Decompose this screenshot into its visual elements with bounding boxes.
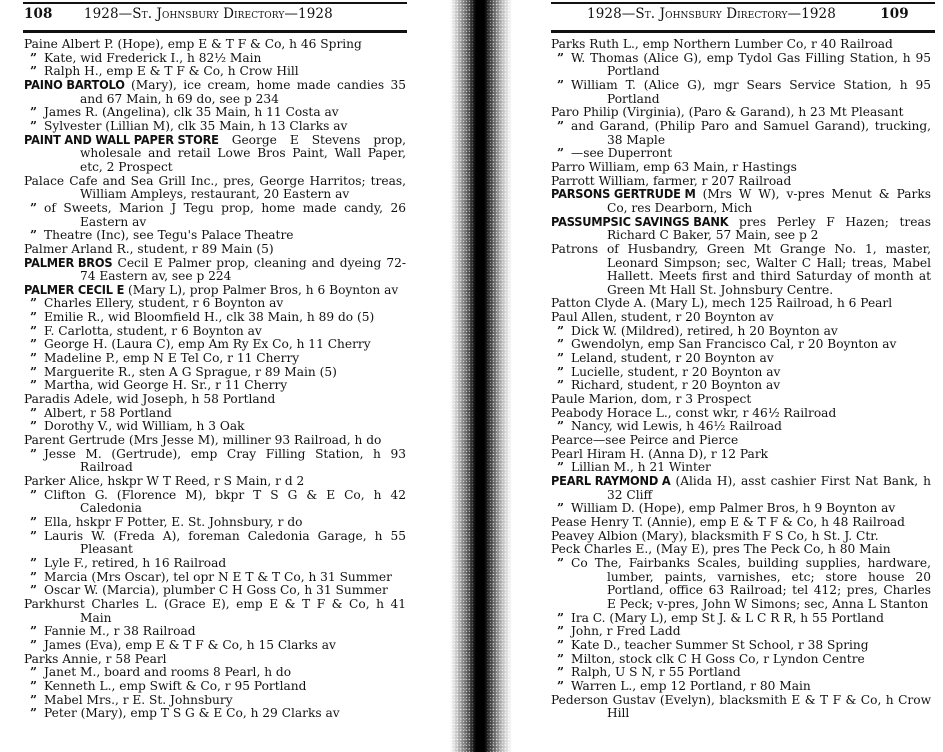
directory-entry: Paine Albert P. (Hope), emp E & T F & Co…: [24, 38, 406, 52]
entry-heading-bold: PAINT AND WALL PAPER STORE: [24, 133, 219, 147]
ditto-mark: ”: [30, 297, 44, 311]
ditto-mark: ”: [30, 571, 44, 585]
directory-entry: PARSONS GERTRUDE M (Mrs W W), v-pres Men…: [551, 188, 931, 215]
directory-entry-ditto: ”Gwendolyn, emp San Francisco Cal, r 20 …: [551, 338, 931, 352]
directory-entry-ditto: ”Mabel Mrs., r E. St. Johnsbury: [24, 694, 406, 708]
directory-entry: Palace Cafe and Sea Grill Inc., pres, Ge…: [24, 175, 406, 202]
entry-text: Lauris W. (Freda A), foreman Caledonia G…: [44, 529, 406, 557]
directory-entry-ditto: ”F. Carlotta, student, r 6 Boynton av: [24, 325, 406, 339]
directory-entry-ditto: ”Jesse M. (Gertrude), emp Cray Filling S…: [24, 448, 406, 475]
directory-entry: PEARL RAYMOND A (Alida H), asst cashier …: [551, 475, 931, 502]
directory-entry-ditto: ”Theatre (Inc), see Tegu's Palace Theatr…: [24, 229, 406, 243]
directory-entries: Parks Ruth L., emp Northern Lumber Co, r…: [551, 38, 931, 721]
ditto-mark: ”: [30, 229, 44, 243]
entry-text: Parent Gertrude (Mrs Jesse M), milliner …: [24, 433, 381, 447]
running-head: 1928—St. Johnsbury Directory—1928: [587, 6, 836, 22]
directory-entry-ditto: ”Kate D., teacher Summer St School, r 38…: [551, 639, 931, 653]
entry-text: James (Eva), emp E & T F & Co, h 15 Clar…: [44, 638, 336, 652]
entry-text: Parro William, emp 63 Main, r Hastings: [551, 160, 797, 174]
ditto-mark: ”: [30, 625, 44, 639]
ditto-mark: ”: [30, 530, 44, 544]
ditto-mark: ”: [30, 420, 44, 434]
directory-entry-ditto: ”Peter (Mary), emp T S G & E Co, h 29 Cl…: [24, 707, 406, 721]
entry-text: Peabody Horace L., const wkr, r 46½ Rail…: [551, 406, 836, 420]
directory-entry-ditto: ”Dick W. (Mildred), retired, h 20 Boynto…: [551, 325, 931, 339]
book-gutter: [450, 0, 512, 752]
directory-entry-ditto: ”Emilie R., wid Bloomfield H., clk 38 Ma…: [24, 311, 406, 325]
entry-text: Madeline P., emp N E Tel Co, r 11 Cherry: [44, 351, 299, 365]
directory-entry-ditto: ”W. Thomas (Alice G), emp Tydol Gas Fill…: [551, 52, 931, 79]
ditto-mark: ”: [557, 502, 571, 516]
entry-text: Milton, stock clk C H Goss Co, r Lyndon …: [571, 652, 865, 666]
ditto-mark: ”: [30, 489, 44, 503]
ditto-mark: ”: [557, 147, 571, 161]
ditto-mark: ”: [557, 379, 571, 393]
entry-text: Kate D., teacher Summer St School, r 38 …: [571, 638, 869, 652]
entry-text: Paine Albert P. (Hope), emp E & T F & Co…: [24, 37, 362, 51]
entry-text: (Mary), ice cream, home made candies 35 …: [80, 78, 406, 106]
ditto-mark: ”: [30, 379, 44, 393]
directory-entry-ditto: ”Clifton G. (Florence M), bkpr T S G & E…: [24, 489, 406, 516]
entry-text: —see Duperront: [571, 146, 672, 160]
directory-entry: Palmer Arland R., student, r 89 Main (5): [24, 243, 406, 257]
directory-entry: PAINT AND WALL PAPER STORE George E Stev…: [24, 134, 406, 175]
entry-text: Marguerite R., sten A G Sprague, r 89 Ma…: [44, 365, 337, 379]
directory-entry-ditto: ”Marguerite R., sten A G Sprague, r 89 M…: [24, 366, 406, 380]
directory-entry: PASSUMPSIC SAVINGS BANK pres Perley F Ha…: [551, 216, 931, 243]
entry-text: F. Carlotta, student, r 6 Boynton av: [44, 324, 262, 338]
directory-entry-ditto: ”George H. (Laura C), emp Am Ry Ex Co, h…: [24, 338, 406, 352]
entry-text: Patrons of Husbandry, Green Mt Grange No…: [551, 242, 931, 297]
entry-text: Pease Henry T. (Annie), emp E & T F & Co…: [551, 515, 905, 529]
ditto-mark: ”: [557, 653, 571, 667]
entry-text: John, r Fred Ladd: [571, 624, 681, 638]
entry-text: Leland, student, r 20 Boynton av: [571, 351, 774, 365]
directory-entry: Peavey Albion (Mary), blacksmith F S Co,…: [551, 530, 931, 544]
entry-text: Lillian M., h 21 Winter: [571, 460, 711, 474]
directory-entry-ditto: ”Lyle F., retired, h 16 Railroad: [24, 557, 406, 571]
ditto-mark: ”: [30, 106, 44, 120]
entry-text: Oscar W. (Marcia), plumber C H Goss Co, …: [44, 583, 388, 597]
ditto-mark: ”: [30, 707, 44, 721]
directory-entry: Parker Alice, hskpr W T Reed, r S Main, …: [24, 475, 406, 489]
entry-text: Parks Ruth L., emp Northern Lumber Co, r…: [551, 37, 893, 51]
ditto-mark: ”: [30, 52, 44, 66]
entry-text: Janet M., board and rooms 8 Pearl, h do: [44, 665, 291, 679]
entry-text: Pearce—see Peirce and Pierce: [551, 433, 738, 447]
left-page: 108 1928—St. Johnsbury Directory—1928 Pa…: [0, 0, 455, 752]
directory-entry-ditto: ”William T. (Alice G), mgr Sears Service…: [551, 79, 931, 106]
directory-entry-ditto: ”Charles Ellery, student, r 6 Boynton av: [24, 297, 406, 311]
ditto-mark: ”: [557, 612, 571, 626]
ditto-mark: ”: [30, 694, 44, 708]
entry-text: Albert, r 58 Portland: [44, 406, 172, 420]
entry-text: Theatre (Inc), see Tegu's Palace Theatre: [44, 228, 293, 242]
ditto-mark: ”: [557, 338, 571, 352]
entry-text: Parkhurst Charles L. (Grace E), emp E & …: [24, 597, 406, 625]
directory-entry-ditto: ”Kenneth L., emp Swift & Co, r 95 Portla…: [24, 680, 406, 694]
entry-text: Richard, student, r 20 Boynton av: [571, 378, 780, 392]
ditto-mark: ”: [557, 120, 571, 134]
header-top-rule: [23, 2, 407, 4]
ditto-mark: ”: [30, 352, 44, 366]
entry-text: William T. (Alice G), mgr Sears Service …: [571, 78, 931, 106]
entry-text: Palace Cafe and Sea Grill Inc., pres, Ge…: [24, 174, 406, 202]
entry-text: Parker Alice, hskpr W T Reed, r S Main, …: [24, 474, 304, 488]
ditto-mark: ”: [30, 448, 44, 462]
entry-heading-bold: PARSONS GERTRUDE M: [551, 188, 696, 202]
entry-text: Co The, Fairbanks Scales, building suppl…: [571, 556, 931, 611]
directory-entry-ditto: ”Richard, student, r 20 Boynton av: [551, 379, 931, 393]
directory-entry-ditto: ”James (Eva), emp E & T F & Co, h 15 Cla…: [24, 639, 406, 653]
directory-entry-ditto: ”of Sweets, Marion J Tegu prop, home mad…: [24, 202, 406, 229]
directory-entry-ditto: ”Lucielle, student, r 20 Boynton av: [551, 366, 931, 380]
directory-entry-ditto: ”Martha, wid George H. Sr., r 11 Cherry: [24, 379, 406, 393]
ditto-mark: ”: [30, 120, 44, 134]
directory-entry: Parent Gertrude (Mrs Jesse M), milliner …: [24, 434, 406, 448]
entry-text: James R. (Angelina), clk 35 Main, h 11 C…: [44, 105, 339, 119]
entry-text: Patton Clyde A. (Mary L), mech 125 Railr…: [551, 296, 892, 310]
entry-text: Jesse M. (Gertrude), emp Cray Filling St…: [44, 447, 406, 475]
ditto-mark: ”: [30, 202, 44, 216]
entry-text: Ralph H., emp E & T F & Co, h Crow Hill: [44, 64, 299, 78]
entry-text: Sylvester (Lillian M), clk 35 Main, h 13…: [44, 119, 347, 133]
entry-text: W. Thomas (Alice G), emp Tydol Gas Filli…: [571, 51, 931, 79]
directory-entry-ditto: ”Oscar W. (Marcia), plumber C H Goss Co,…: [24, 584, 406, 598]
directory-entry: Peabody Horace L., const wkr, r 46½ Rail…: [551, 407, 931, 421]
directory-entry-ditto: ”Sylvester (Lillian M), clk 35 Main, h 1…: [24, 120, 406, 134]
entry-text: Palmer Arland R., student, r 89 Main (5): [24, 242, 274, 256]
entry-text: Ira C. (Mary L), emp St J. & L C R R, h …: [571, 611, 884, 625]
directory-entry-ditto: ”William D. (Hope), emp Palmer Bros, h 9…: [551, 502, 931, 516]
ditto-mark: ”: [557, 625, 571, 639]
directory-entry-ditto: ”Ella, hskpr F Potter, E. St. Johnsbury,…: [24, 516, 406, 530]
directory-entry-ditto: ”Kate, wid Frederick I., h 82½ Main: [24, 52, 406, 66]
entry-text: Pearl Hiram H. (Anna D), r 12 Park: [551, 447, 768, 461]
ditto-mark: ”: [557, 420, 571, 434]
entry-heading-bold: PASSUMPSIC SAVINGS BANK: [551, 215, 728, 229]
ditto-mark: ”: [30, 407, 44, 421]
entry-text: Peter (Mary), emp T S G & E Co, h 29 Cla…: [44, 706, 340, 720]
entry-text: and Garand, (Philip Paro and Samuel Gara…: [571, 119, 931, 147]
entry-text: Nancy, wid Lewis, h 46½ Railroad: [571, 419, 782, 433]
running-head: 1928—St. Johnsbury Directory—1928: [84, 6, 333, 22]
entry-text: (Mary L), prop Palmer Bros, h 6 Boynton …: [124, 283, 398, 297]
ditto-mark: ”: [557, 52, 571, 66]
entry-text: William D. (Hope), emp Palmer Bros, h 9 …: [571, 501, 895, 515]
directory-entry-ditto: ”Madeline P., emp N E Tel Co, r 11 Cherr…: [24, 352, 406, 366]
directory-entry-ditto: ”Ira C. (Mary L), emp St J. & L C R R, h…: [551, 612, 931, 626]
entry-text: of Sweets, Marion J Tegu prop, home made…: [44, 201, 406, 229]
ditto-mark: ”: [30, 666, 44, 680]
directory-entry-ditto: ”Albert, r 58 Portland: [24, 407, 406, 421]
ditto-mark: ”: [30, 325, 44, 339]
directory-entry-ditto: ”—see Duperront: [551, 147, 931, 161]
ditto-mark: ”: [30, 584, 44, 598]
ditto-mark: ”: [557, 557, 571, 571]
entry-text: Dick W. (Mildred), retired, h 20 Boynton…: [571, 324, 838, 338]
entry-text: Pederson Gustav (Evelyn), blacksmith E &…: [551, 693, 931, 721]
page-number: 108: [24, 6, 52, 22]
entry-text: Ralph, U S N, r 55 Portland: [571, 665, 741, 679]
directory-entry: Peck Charles E., (May E), pres The Peck …: [551, 543, 931, 557]
entry-text: Lyle F., retired, h 16 Railroad: [44, 556, 226, 570]
ditto-mark: ”: [30, 639, 44, 653]
directory-entry: Pearl Hiram H. (Anna D), r 12 Park: [551, 448, 931, 462]
entry-text: Kate, wid Frederick I., h 82½ Main: [44, 51, 261, 65]
entry-text: Kenneth L., emp Swift & Co, r 95 Portlan…: [44, 679, 306, 693]
entry-heading-bold: PEARL RAYMOND A: [551, 475, 670, 489]
header-top-rule: [551, 2, 935, 4]
directory-entry: PALMER BROS Cecil E Palmer prop, cleanin…: [24, 257, 406, 284]
directory-entry-ditto: ”Fannie M., r 38 Railroad: [24, 625, 406, 639]
entry-text: Parks Annie, r 58 Pearl: [24, 652, 167, 666]
right-page: 1928—St. Johnsbury Directory—1928 109 Pa…: [505, 0, 943, 752]
directory-entry-ditto: ”Dorothy V., wid William, h 3 Oak: [24, 420, 406, 434]
directory-entry-ditto: ”Milton, stock clk C H Goss Co, r Lyndon…: [551, 653, 931, 667]
directory-entry-ditto: ”Co The, Fairbanks Scales, building supp…: [551, 557, 931, 612]
entry-text: Lucielle, student, r 20 Boynton av: [571, 365, 780, 379]
entry-text: Mabel Mrs., r E. St. Johnsbury: [44, 693, 233, 707]
entry-text: Charles Ellery, student, r 6 Boynton av: [44, 296, 283, 310]
directory-entry-ditto: ”James R. (Angelina), clk 35 Main, h 11 …: [24, 106, 406, 120]
entry-text: George H. (Laura C), emp Am Ry Ex Co, h …: [44, 337, 371, 351]
entry-heading-bold: PAINO BARTOLO: [24, 79, 125, 93]
entry-text: Martha, wid George H. Sr., r 11 Cherry: [44, 378, 287, 392]
directory-entry: PALMER CECIL E (Mary L), prop Palmer Bro…: [24, 284, 406, 298]
ditto-mark: ”: [557, 366, 571, 380]
directory-entry: Pearce—see Peirce and Pierce: [551, 434, 931, 448]
directory-entry-ditto: ”Lauris W. (Freda A), foreman Caledonia …: [24, 530, 406, 557]
entry-text: Paradis Adele, wid Joseph, h 58 Portland: [24, 392, 275, 406]
header-bottom-rule: [23, 30, 407, 33]
directory-entry: Paule Marion, dom, r 3 Prospect: [551, 393, 931, 407]
entry-text: Fannie M., r 38 Railroad: [44, 624, 196, 638]
directory-entry: Parks Ruth L., emp Northern Lumber Co, r…: [551, 38, 931, 52]
directory-entry: PAINO BARTOLO (Mary), ice cream, home ma…: [24, 79, 406, 106]
directory-entry: Paul Allen, student, r 20 Boynton av: [551, 311, 931, 325]
page-number: 109: [880, 6, 908, 22]
entry-text: Dorothy V., wid William, h 3 Oak: [44, 419, 245, 433]
ditto-mark: ”: [557, 639, 571, 653]
directory-entry-ditto: ”Nancy, wid Lewis, h 46½ Railroad: [551, 420, 931, 434]
directory-entry: Parro William, emp 63 Main, r Hastings: [551, 161, 931, 175]
entry-text: Clifton G. (Florence M), bkpr T S G & E …: [44, 488, 406, 516]
directory-entry-ditto: ”Leland, student, r 20 Boynton av: [551, 352, 931, 366]
directory-entry-ditto: ”Ralph, U S N, r 55 Portland: [551, 666, 931, 680]
directory-entry: Pederson Gustav (Evelyn), blacksmith E &…: [551, 694, 931, 721]
directory-entry: Pease Henry T. (Annie), emp E & T F & Co…: [551, 516, 931, 530]
directory-entry-ditto: ”John, r Fred Ladd: [551, 625, 931, 639]
ditto-mark: ”: [30, 366, 44, 380]
directory-entry: Paradis Adele, wid Joseph, h 58 Portland: [24, 393, 406, 407]
entry-heading-bold: PALMER BROS: [24, 256, 112, 270]
ditto-mark: ”: [557, 79, 571, 93]
entry-text: Gwendolyn, emp San Francisco Cal, r 20 B…: [571, 337, 896, 351]
directory-entry-ditto: ”and Garand, (Philip Paro and Samuel Gar…: [551, 120, 931, 147]
ditto-mark: ”: [557, 325, 571, 339]
entry-text: Ella, hskpr F Potter, E. St. Johnsbury, …: [44, 515, 302, 529]
entry-text: Warren L., emp 12 Portland, r 80 Main: [571, 679, 811, 693]
entry-text: Marcia (Mrs Oscar), tel opr N E T & T Co…: [44, 570, 392, 584]
ditto-mark: ”: [557, 666, 571, 680]
header-bottom-rule: [551, 30, 935, 33]
entry-text: Paul Allen, student, r 20 Boynton av: [551, 310, 774, 324]
ditto-mark: ”: [30, 516, 44, 530]
directory-entry-ditto: ”Marcia (Mrs Oscar), tel opr N E T & T C…: [24, 571, 406, 585]
ditto-mark: ”: [30, 311, 44, 325]
directory-entry-ditto: ”Warren L., emp 12 Portland, r 80 Main: [551, 680, 931, 694]
ditto-mark: ”: [30, 680, 44, 694]
ditto-mark: ”: [557, 680, 571, 694]
directory-entry: Parks Annie, r 58 Pearl: [24, 653, 406, 667]
directory-entries: Paine Albert P. (Hope), emp E & T F & Co…: [24, 38, 406, 721]
ditto-mark: ”: [557, 352, 571, 366]
directory-entry: Paro Philip (Virginia), (Paro & Garand),…: [551, 106, 931, 120]
entry-text: Paro Philip (Virginia), (Paro & Garand),…: [551, 105, 904, 119]
directory-entry: Patton Clyde A. (Mary L), mech 125 Railr…: [551, 297, 931, 311]
entry-text: Parrott William, farmer, r 207 Railroad: [551, 174, 791, 188]
entry-text: Emilie R., wid Bloomfield H., clk 38 Mai…: [44, 310, 374, 324]
page-header: 108 1928—St. Johnsbury Directory—1928: [24, 6, 333, 22]
page-header: 1928—St. Johnsbury Directory—1928 109: [587, 6, 909, 22]
ditto-mark: ”: [30, 557, 44, 571]
directory-entry: Parkhurst Charles L. (Grace E), emp E & …: [24, 598, 406, 625]
entry-text: Peck Charles E., (May E), pres The Peck …: [551, 542, 891, 556]
directory-entry-ditto: ”Janet M., board and rooms 8 Pearl, h do: [24, 666, 406, 680]
entry-text: Cecil E Palmer prop, cleaning and dyeing…: [80, 256, 406, 284]
entry-text: Paule Marion, dom, r 3 Prospect: [551, 392, 751, 406]
ditto-mark: ”: [30, 338, 44, 352]
directory-entry: Patrons of Husbandry, Green Mt Grange No…: [551, 243, 931, 298]
entry-text: Peavey Albion (Mary), blacksmith F S Co,…: [551, 529, 879, 543]
